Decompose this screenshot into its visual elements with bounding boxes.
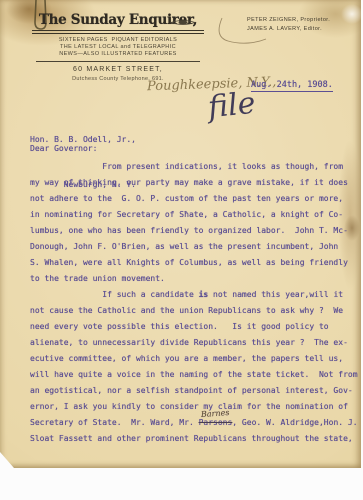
text-line: my way of thinking, our party may make a… — [30, 175, 358, 191]
dateline-date: Aug. 24th, 1908. — [251, 80, 333, 92]
text-line: From present indications, it looks as th… — [30, 159, 358, 175]
text-line: will have quite a voice in the naming of… — [30, 367, 358, 383]
text-line: THE LATEST LOCAL and TELEGRAPHIC — [26, 44, 210, 51]
text-line: need every vote possible this election. … — [30, 319, 358, 335]
letterhead-taglines: SIXTEEN PAGES PIQUANT EDITORIALSTHE LATE… — [26, 37, 210, 58]
text-line: in nominating for Secretary of Sħate, a … — [30, 207, 358, 223]
letter-paper: The Sunday Enquirer, SIXTEEN PAGES PIQUA… — [0, 0, 361, 468]
text-line: alienate, to unnecessarily divide Republ… — [30, 335, 358, 351]
salutation: Dear Governor: — [30, 144, 97, 153]
text-line: ecutive committee, of which you are a me… — [30, 351, 358, 367]
text-line: Secretary of State. Mr. Ward, Mr. Parson… — [30, 415, 358, 431]
text-line: If such a candidate is not named this ye… — [30, 287, 358, 303]
paper-stain — [341, 4, 363, 24]
handwritten-correction: Barnes — [200, 405, 230, 423]
text-line: S. Whalen, were all Knights of Columbus,… — [30, 255, 358, 271]
file-annotation: file — [206, 86, 257, 126]
text-line: NEWS—ALSO ILLUSTRATED FEATURES — [26, 51, 210, 58]
text-line: SIXTEEN PAGES PIQUANT EDITORIALS — [26, 37, 210, 44]
masthead-staff: PETER ZEIGNER, Proprietor. JAMES A. LAVE… — [247, 16, 330, 33]
text-line: ernor, I ask you kindly to consider my c… — [30, 399, 358, 415]
text-line: Sloat Fassett and other prominent Republ… — [30, 431, 358, 447]
letter-body: From present indications, it looks as th… — [30, 159, 358, 447]
text-line: not cause the Catholic and the union Rep… — [30, 303, 358, 319]
text-line: an egotistical, nor a selfish standpoint… — [30, 383, 358, 399]
rule — [36, 61, 200, 62]
proprietor-line: PETER ZEIGNER, Proprietor. — [247, 17, 330, 23]
text-line: not adhere to the G. O. P. custom of the… — [30, 191, 358, 207]
text-line: lumbus, one who has been friendly to org… — [30, 223, 358, 239]
text-line: to the trade union movement. — [30, 271, 358, 287]
editor-line: JAMES A. LAVERY, Editor. — [247, 26, 322, 32]
ornament-icon — [170, 12, 196, 31]
street-address: 60 MARKET STREET, — [26, 66, 210, 73]
text-line: Donough, John F. O'Brien, as well as the… — [30, 239, 358, 255]
